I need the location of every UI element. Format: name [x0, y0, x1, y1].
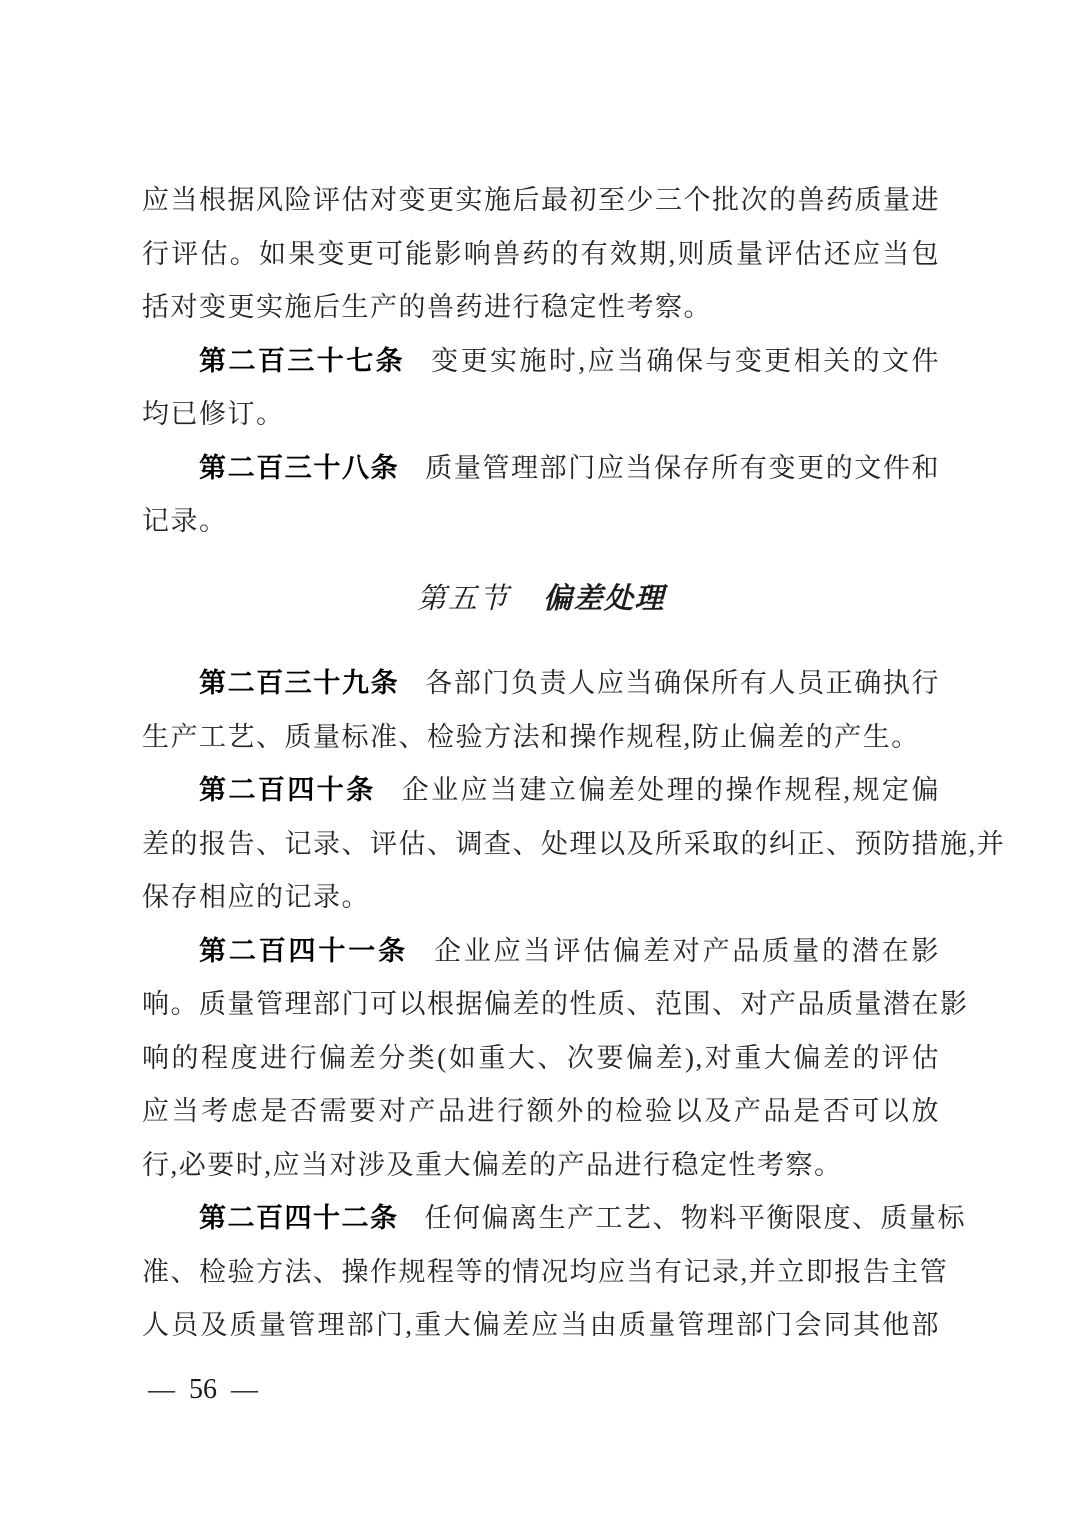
page-number-value: 56: [189, 1374, 217, 1405]
article-text: 质量管理部门应当保存所有变更的文件和: [425, 453, 940, 483]
article-number: 第二百四十条: [199, 775, 376, 805]
body-line: 行,必要时,应当对涉及重大偏差的产品进行稳定性考察。: [142, 1139, 940, 1193]
article-number: 第二百四十二条: [199, 1203, 399, 1233]
body-line: 响。质量管理部门可以根据偏差的性质、范围、对产品质量潜在影: [142, 978, 940, 1032]
article-text: 变更实施时,应当确保与变更相关的文件: [431, 346, 940, 376]
article-number: 第二百三十九条: [199, 668, 399, 698]
article-number: 第二百四十一条: [199, 936, 408, 966]
body-line: 第二百四十二条任何偏离生产工艺、物料平衡限度、质量标: [142, 1192, 940, 1246]
body-line: 准、检验方法、操作规程等的情况均应当有记录,并立即报告主管: [142, 1246, 940, 1300]
body-line: 保存相应的记录。: [142, 871, 940, 925]
body-line: 生产工艺、质量标准、检验方法和操作规程,防止偏差的产生。: [142, 711, 940, 765]
body-line: 应当考虑是否需要对产品进行额外的检验以及产品是否可以放: [142, 1085, 940, 1139]
article-text: 各部门负责人应当确保所有人员正确执行: [425, 668, 940, 698]
section-heading: 第五节偏差处理: [142, 573, 940, 627]
page-number-dash-left: —: [148, 1374, 175, 1404]
article-number: 第二百三十八条: [199, 453, 399, 483]
body-line: 第二百四十条企业应当建立偏差处理的操作规程,规定偏: [142, 764, 940, 818]
page-number-dash-right: —: [231, 1374, 258, 1404]
body-line: 差的报告、记录、评估、调查、处理以及所采取的纠正、预防措施,并: [142, 818, 940, 872]
body-line: 第二百三十九条各部门负责人应当确保所有人员正确执行: [142, 657, 940, 711]
body-line: 括对变更实施后生产的兽药进行稳定性考察。: [142, 281, 940, 335]
section-title: 偏差处理: [543, 583, 665, 615]
body-line: 响的程度进行偏差分类(如重大、次要偏差),对重大偏差的评估: [142, 1032, 940, 1086]
body-line: 应当根据风险评估对变更实施后最初至少三个批次的兽药质量进: [142, 174, 940, 228]
body-line: 行评估。如果变更可能影响兽药的有效期,则质量评估还应当包: [142, 228, 940, 282]
body-line: 人员及质量管理部门,重大偏差应当由质量管理部门会同其他部: [142, 1299, 940, 1353]
body-line: 第二百四十一条企业应当评估偏差对产品质量的潜在影: [142, 925, 940, 979]
body-line: 记录。: [142, 495, 940, 549]
document-page: 应当根据风险评估对变更实施后最初至少三个批次的兽药质量进 行评估。如果变更可能影…: [0, 0, 1080, 1527]
article-text: 企业应当建立偏差处理的操作规程,规定偏: [402, 775, 940, 805]
body-line: 第二百三十八条质量管理部门应当保存所有变更的文件和: [142, 442, 940, 496]
text-column: 应当根据风险评估对变更实施后最初至少三个批次的兽药质量进 行评估。如果变更可能影…: [142, 174, 940, 1353]
article-text: 企业应当评估偏差对产品质量的潜在影: [434, 936, 940, 966]
page-number: —56—: [148, 1372, 258, 1406]
article-number: 第二百三十七条: [199, 346, 405, 376]
section-number: 第五节: [417, 583, 510, 615]
article-text: 任何偏离生产工艺、物料平衡限度、质量标: [425, 1203, 967, 1233]
body-line: 第二百三十七条变更实施时,应当确保与变更相关的文件: [142, 335, 940, 389]
body-line: 均已修订。: [142, 388, 940, 442]
